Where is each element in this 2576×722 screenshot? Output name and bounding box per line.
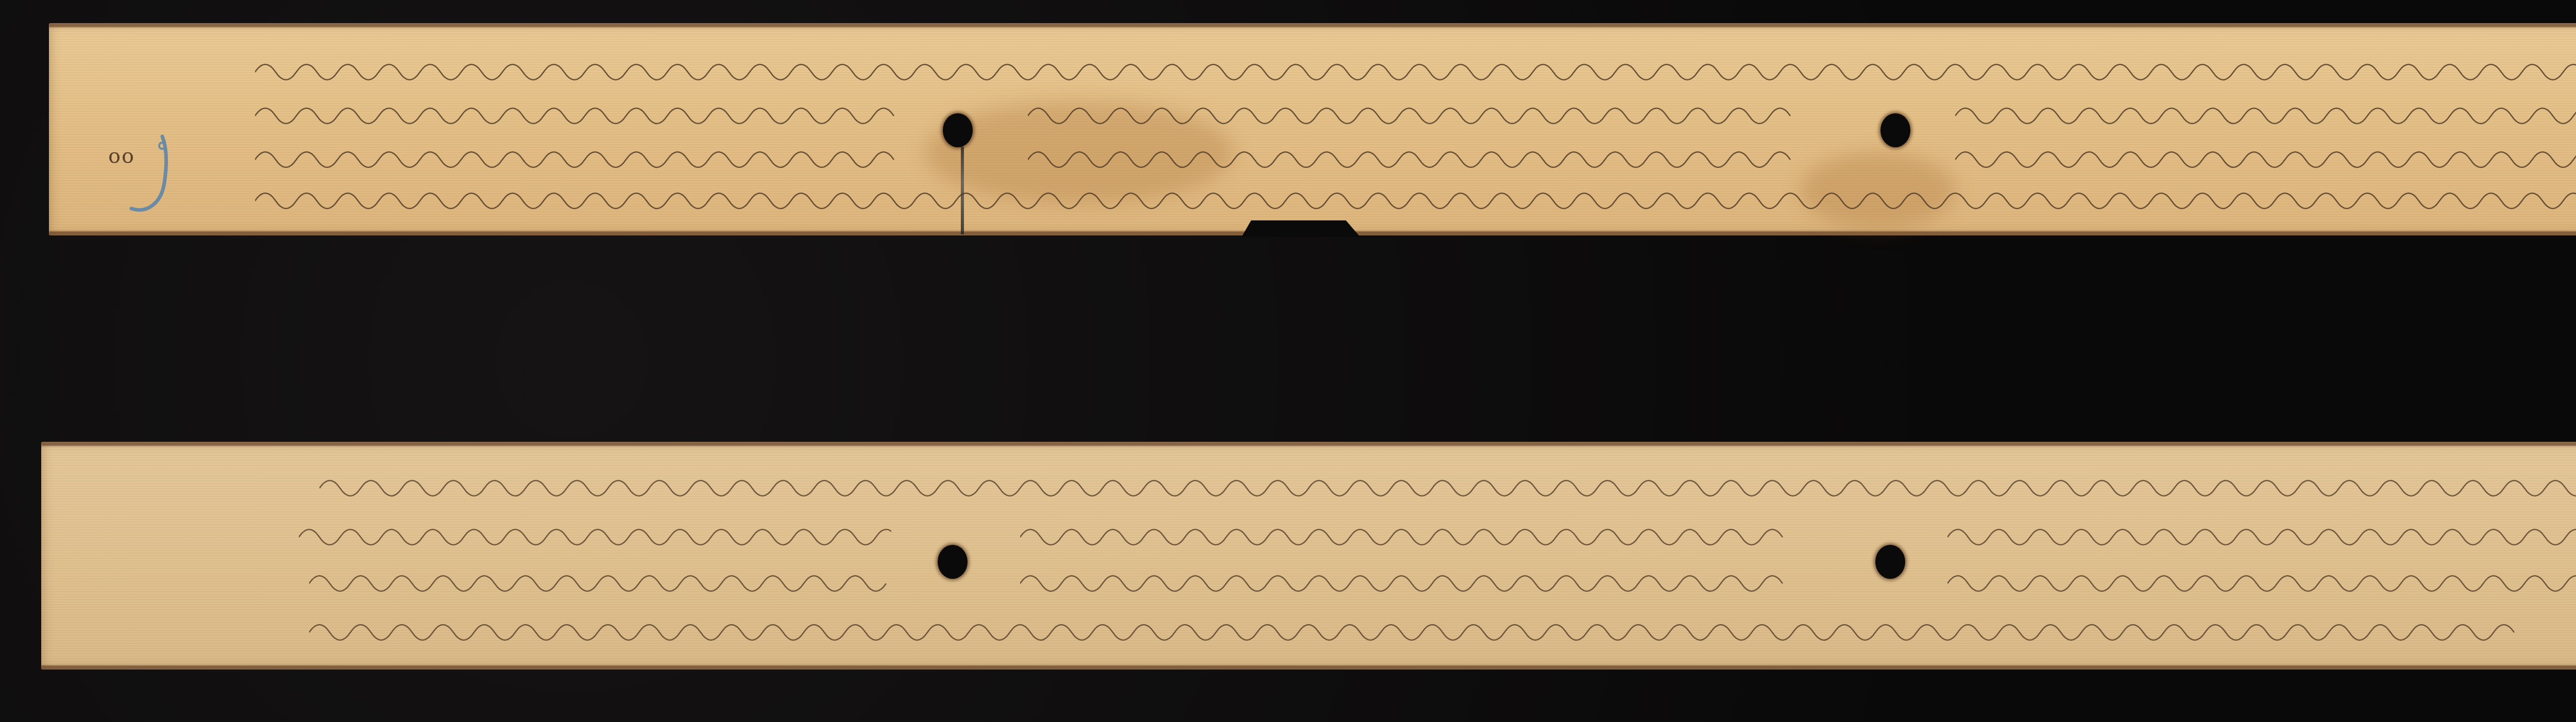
manuscript-line	[1020, 517, 1793, 553]
binding-hole	[1880, 113, 1910, 147]
manuscript-line	[309, 563, 891, 599]
leaf-edge	[41, 442, 2576, 446]
manuscript-line	[299, 517, 891, 553]
manuscript-line	[1028, 139, 1801, 175]
manuscript-line	[255, 139, 899, 175]
manuscript-line	[1020, 563, 1793, 599]
manuscript-line	[255, 51, 2576, 88]
manuscript-line	[1955, 95, 2576, 131]
leaf-edge	[49, 23, 2576, 27]
palm-leaf-bottom	[41, 442, 2576, 669]
leaf-notch	[1242, 220, 1360, 237]
manuscript-line	[319, 468, 2576, 504]
binding-hole	[938, 545, 968, 579]
binding-hole	[1875, 545, 1905, 579]
manuscript-line	[309, 612, 2576, 648]
manuscript-line	[1955, 139, 2576, 175]
manuscript-line	[1947, 517, 2576, 553]
manuscript-line	[1028, 95, 1801, 131]
manuscript-line	[1947, 563, 2576, 599]
manuscript-line	[255, 95, 899, 131]
binding-hole	[943, 113, 973, 147]
manuscript-line	[255, 180, 2576, 216]
blue-ink-mark	[126, 131, 173, 219]
palm-leaf-top: oo	[49, 23, 2576, 235]
leaf-edge	[41, 665, 2576, 669]
